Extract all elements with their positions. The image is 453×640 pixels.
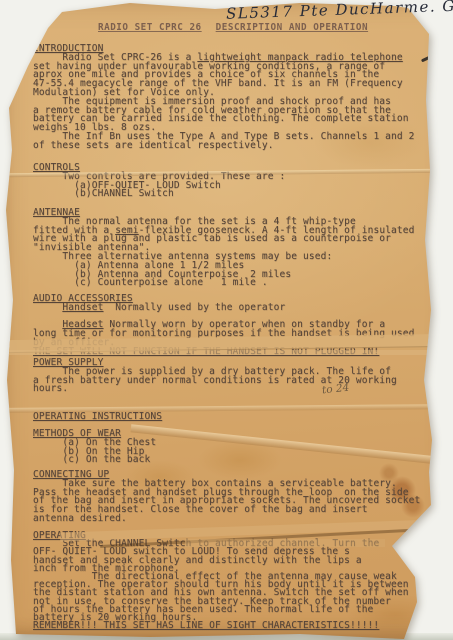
section-operating-instructions: OPERATING INSTRUCTIONS [33, 413, 433, 422]
paragraph: The directional effect of the antenna ma… [33, 573, 433, 622]
page-title: RADIO SET CPRC 26DESCRIPTION AND OPERATI… [98, 22, 368, 33]
section-audio-accessories: AUDIO ACCESSORIES Handset Normally used … [33, 295, 433, 357]
paragraph: Handset Normally used by the operator [33, 304, 433, 313]
pen-mark [438, 60, 447, 65]
section-power-supply: POWER SUPPLY The power is supplied by a … [33, 359, 433, 394]
paper-sheet: RADIO SET CPRC 26DESCRIPTION AND OPERATI… [0, 0, 453, 640]
text-run: set having under unfavourable working co… [33, 61, 403, 98]
paragraph: Take sure the battery box contains a ser… [33, 480, 433, 524]
paragraph: (a) On the Chest (b) On the Hip (c) On t… [33, 439, 433, 465]
text-run [33, 302, 62, 313]
paragraph: The Inf Bn uses the Type A and Type B se… [33, 133, 433, 151]
section-introduction: INTRODUCTION Radio Set CPRC-26 is a ligh… [33, 45, 433, 151]
section-controls: CONTROLS Two controls are provided. Thes… [33, 164, 433, 199]
section-connecting-up: CONNECTING UP Take sure the battery box … [33, 471, 433, 524]
paragraph: Headset Normally worn by operator when o… [33, 321, 433, 347]
paragraph: Radio Set CPRC-26 is a lightweight manpa… [33, 54, 433, 98]
paragraph: Three alternative antenna systems may be… [33, 253, 433, 288]
title-left: RADIO SET CPRC 26 [98, 22, 202, 33]
paragraph: The equipment is immersion proof and sho… [33, 98, 433, 133]
scan-shadow-mark [0, 56, 6, 82]
paragraph: The normal antenna for the set is a 4 ft… [33, 218, 433, 253]
section-methods-of-wear: METHODS OF WEAR (a) On the Chest (b) On … [33, 430, 433, 465]
warning-line: THE SET WILL NOT FUNCTION IF THE HANDSET… [33, 348, 433, 357]
warning-line: REMEMBER!!! THIS SET HAS LINE OF SIGHT C… [33, 622, 433, 630]
paper-smudge [185, 539, 385, 547]
section-heading: OPERATING INSTRUCTIONS [33, 413, 162, 422]
paper-surface: RADIO SET CPRC 26DESCRIPTION AND OPERATI… [0, 0, 453, 640]
paragraph: The power is supplied by a dry battery p… [33, 368, 433, 394]
pen-mark [430, 91, 438, 95]
underlined-text-run: Handset [62, 302, 103, 313]
paragraph: Two controls are provided. These are : (… [33, 173, 433, 199]
text-run: Normally used by the operator [103, 302, 285, 313]
scanned-document-page: RADIO SET CPRC 26DESCRIPTION AND OPERATI… [0, 0, 453, 640]
title-right: DESCRIPTION AND OPERATION [216, 22, 368, 33]
section-antennae: ANTENNAE The normal antenna for the set … [33, 209, 433, 288]
